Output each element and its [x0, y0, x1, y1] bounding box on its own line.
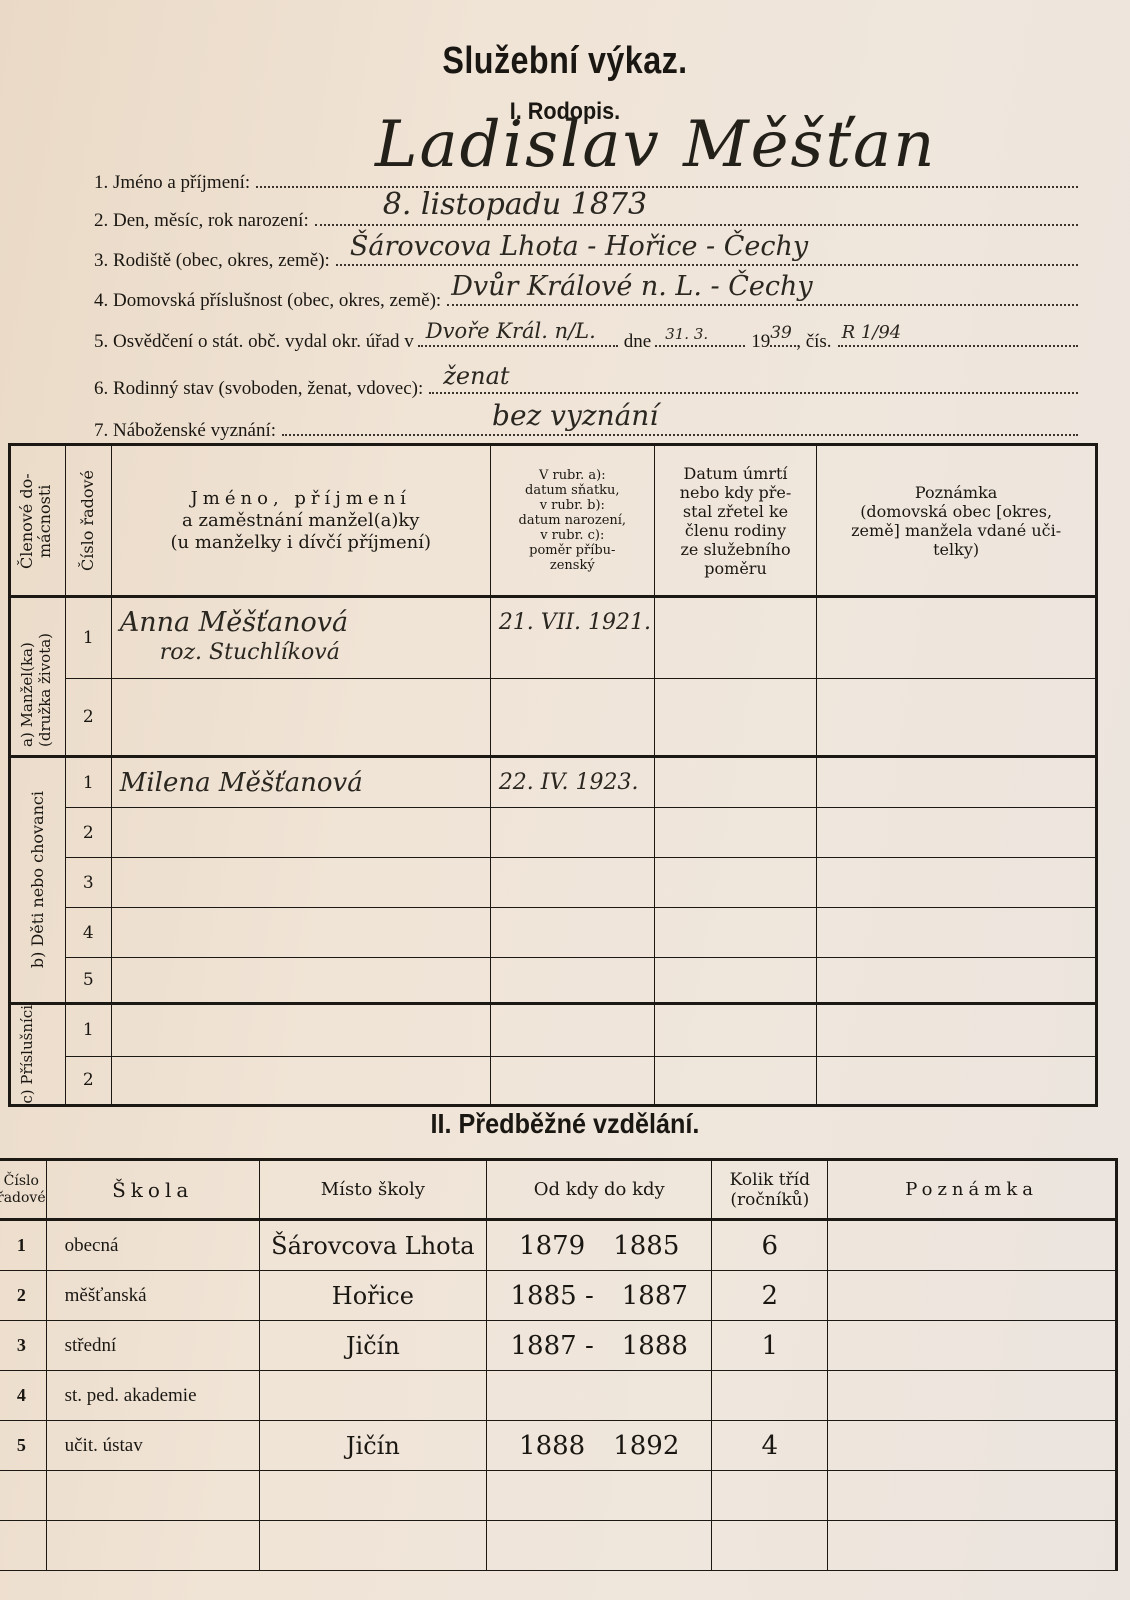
group-children-label: b) Děti nebo chovanci — [10, 757, 66, 1004]
field-label: 7. Náboženské vyznání: — [94, 420, 276, 442]
table-row: 3 — [10, 858, 1097, 908]
field-label: 5. Osvědčení o stát. obč. vydal okr. úřa… — [94, 331, 414, 353]
period-from: 1885 - — [511, 1281, 594, 1311]
row-number: 1 — [65, 1004, 111, 1057]
header-ordinal: Číslo řadové — [0, 1160, 46, 1220]
date-cell[interactable]: 21. VII. 1921. — [490, 597, 654, 679]
date-cell[interactable] — [490, 808, 654, 858]
period-to: 1887 — [622, 1281, 688, 1311]
number-label: , čís. — [796, 331, 831, 353]
religion-value: bez vyznání — [492, 399, 658, 432]
school-cell: střední — [46, 1321, 259, 1371]
table-row: 1obecnáŠárovcova Lhota187918856 — [0, 1220, 1117, 1271]
date-value: 31. 3. — [665, 325, 708, 343]
note-cell[interactable] — [817, 1004, 1097, 1057]
table-row: c) Příslušníci 1 — [10, 1004, 1097, 1057]
header-dates: V rubr. a): datum sňatku, v rubr. b): da… — [490, 445, 654, 597]
period-cell[interactable] — [486, 1521, 712, 1571]
education-table: Číslo řadové Škola Místo školy Od kdy do… — [0, 1158, 1118, 1571]
group-relatives-label: c) Příslušníci — [10, 1004, 66, 1106]
table-row: 3středníJičín1887 -18881 — [0, 1321, 1117, 1371]
field-label: 3. Rodiště (obec, okres, země): — [94, 250, 330, 272]
date-label: dne — [624, 331, 651, 353]
table-row: a) Manžel(ka) (družka života) 1 Anna Měš… — [10, 597, 1097, 679]
section-2-title: II. Předběžné vzdělání. — [57, 1108, 1074, 1140]
name-cell[interactable] — [111, 679, 490, 757]
document-title: Služební výkaz. — [85, 40, 1046, 83]
note-cell[interactable] — [817, 908, 1097, 958]
header-classes: Kolik tříd (ročníků) — [712, 1160, 828, 1220]
note-cell[interactable] — [817, 858, 1097, 908]
header-note: Poznámka — [828, 1160, 1117, 1220]
date-cell[interactable] — [490, 1056, 654, 1105]
row-number: 3 — [0, 1321, 46, 1371]
date-line[interactable]: 31. 3. — [655, 344, 745, 347]
classes-cell[interactable]: 1 — [712, 1321, 828, 1371]
row-number: 2 — [65, 1056, 111, 1105]
classes-cell[interactable] — [712, 1471, 828, 1521]
year-line[interactable]: 39 — [770, 344, 796, 347]
place-cell[interactable] — [259, 1521, 486, 1571]
school-cell: měšťanská — [46, 1271, 259, 1321]
period-to: 1885 — [613, 1231, 679, 1261]
name-cell[interactable]: Anna Měšťanová roz. Stuchlíková — [111, 597, 490, 679]
table-row: 2 — [10, 1056, 1097, 1105]
school-cell: učit. ústav — [46, 1421, 259, 1471]
classes-cell[interactable]: 6 — [712, 1220, 828, 1271]
date-cell[interactable] — [490, 958, 654, 1004]
death-cell[interactable] — [654, 757, 816, 808]
name-cell[interactable]: Milena Měšťanová — [111, 757, 490, 808]
period-cell[interactable]: 1887 -1888 — [486, 1321, 712, 1371]
date-cell[interactable] — [490, 908, 654, 958]
period-cell[interactable]: 18791885 — [486, 1220, 712, 1271]
field-line[interactable]: Dvůr Králové n. L. - Čechy — [447, 303, 1078, 306]
header-note: Poznámka (domovská obec [okres, země] ma… — [817, 445, 1097, 597]
number-value: R 1/94 — [842, 322, 902, 343]
classes-cell[interactable]: 2 — [712, 1271, 828, 1321]
row-number: 3 — [65, 858, 111, 908]
full-name-value: Ladislav Měšťan — [375, 108, 936, 182]
domicile-value: Dvůr Králové n. L. - Čechy — [451, 271, 812, 302]
name-cell[interactable] — [111, 808, 490, 858]
row-number: 4 — [65, 908, 111, 958]
period-cell[interactable]: 1885 -1887 — [486, 1271, 712, 1321]
row-number: 1 — [65, 597, 111, 679]
row-number: 2 — [65, 679, 111, 757]
name-cell[interactable] — [111, 908, 490, 958]
table-row: 5učit. ústavJičín188818924 — [0, 1421, 1117, 1471]
note-cell[interactable] — [817, 958, 1097, 1004]
place-cell[interactable]: Jičín — [259, 1321, 486, 1371]
birthdate-value: 8. listopadu 1873 — [383, 187, 647, 222]
period-cell[interactable] — [486, 1471, 712, 1521]
field-religion: 7. Náboženské vyznání: bez vyznání — [94, 420, 1078, 442]
table-row: 2 — [10, 808, 1097, 858]
field-marital-status: 6. Rodinný stav (svoboden, ženat, vdovec… — [94, 378, 1078, 400]
field-line[interactable]: ženat — [429, 391, 1078, 394]
field-label: 6. Rodinný stav (svoboden, ženat, vdovec… — [94, 378, 423, 400]
note-cell[interactable] — [828, 1271, 1117, 1321]
office-line[interactable]: Dvoře Král. n/L. — [418, 344, 618, 347]
year-value: 39 — [770, 323, 792, 343]
date-cell[interactable]: 22. IV. 1923. — [490, 757, 654, 808]
header-death: Datum úmrtí nebo kdy pře- stal zřetel ke… — [654, 445, 816, 597]
table-row: 4 — [10, 908, 1097, 958]
table-row — [0, 1471, 1117, 1521]
death-cell[interactable] — [654, 958, 816, 1004]
note-cell[interactable] — [828, 1321, 1117, 1371]
place-cell[interactable] — [259, 1371, 486, 1421]
group-spouse-label: a) Manžel(ka) (družka života) — [10, 597, 66, 757]
row-number: 1 — [65, 757, 111, 808]
name-cell[interactable] — [111, 1056, 490, 1105]
date-cell[interactable] — [490, 1004, 654, 1057]
death-cell[interactable] — [654, 908, 816, 958]
year-prefix: 19 — [751, 331, 770, 353]
field-line[interactable]: 8. listopadu 1873 — [315, 223, 1078, 226]
period-cell[interactable] — [486, 1371, 712, 1421]
field-line[interactable]: Šárovcova Lhota - Hořice - Čechy — [336, 263, 1078, 266]
household-members-table: Členové do-mácnosti Číslo řadové Jméno, … — [8, 443, 1098, 1107]
note-cell[interactable] — [828, 1421, 1117, 1471]
death-cell[interactable] — [654, 679, 816, 757]
field-domicile: 4. Domovská příslušnost (obec, okres, ze… — [94, 290, 1078, 312]
note-cell[interactable] — [828, 1371, 1117, 1421]
row-number: 2 — [0, 1271, 46, 1321]
classes-cell[interactable] — [712, 1521, 828, 1571]
death-cell[interactable] — [654, 858, 816, 908]
field-line[interactable] — [256, 185, 1078, 188]
header-period: Od kdy do kdy — [486, 1160, 712, 1220]
field-label: 2. Den, měsíc, rok narození: — [94, 210, 309, 232]
row-number — [0, 1521, 46, 1571]
field-birthdate: 2. Den, měsíc, rok narození: 8. listopad… — [94, 210, 1078, 232]
date-cell[interactable] — [490, 858, 654, 908]
period-to: 1888 — [622, 1331, 688, 1361]
school-cell — [46, 1471, 259, 1521]
name-cell[interactable] — [111, 858, 490, 908]
classes-cell[interactable] — [712, 1371, 828, 1421]
place-cell[interactable] — [259, 1471, 486, 1521]
name-cell[interactable] — [111, 1004, 490, 1057]
note-cell[interactable] — [817, 597, 1097, 679]
period-to: 1892 — [613, 1431, 679, 1461]
field-citizenship-certificate: 5. Osvědčení o stát. obč. vydal okr. úřa… — [94, 331, 1078, 353]
table-row: 5 — [10, 958, 1097, 1004]
period-from: 1888 — [519, 1431, 585, 1461]
place-cell[interactable]: Hořice — [259, 1271, 486, 1321]
table-row — [0, 1521, 1117, 1571]
place-cell[interactable]: Šárovcova Lhota — [259, 1220, 486, 1271]
death-cell[interactable] — [654, 1004, 816, 1057]
place-cell[interactable]: Jičín — [259, 1421, 486, 1471]
note-cell[interactable] — [817, 679, 1097, 757]
field-birthplace: 3. Rodiště (obec, okres, země): Šárovcov… — [94, 250, 1078, 272]
row-number: 2 — [65, 808, 111, 858]
row-number: 1 — [0, 1220, 46, 1271]
header-name: Jméno, příjmení a zaměstnání manžel(a)ky… — [111, 445, 490, 597]
header-ordinal: Číslo řadové — [65, 445, 111, 597]
header-place: Místo školy — [259, 1160, 486, 1220]
death-cell[interactable] — [654, 808, 816, 858]
table-row: b) Děti nebo chovanci 1 Milena Měšťanová… — [10, 757, 1097, 808]
row-number: 5 — [65, 958, 111, 1004]
header-school: Škola — [46, 1160, 259, 1220]
note-cell[interactable] — [828, 1220, 1117, 1271]
birthplace-value: Šárovcova Lhota - Hořice - Čechy — [350, 231, 808, 262]
school-cell: st. ped. akademie — [46, 1371, 259, 1421]
school-cell — [46, 1521, 259, 1571]
name-cell[interactable] — [111, 958, 490, 1004]
death-cell[interactable] — [654, 1056, 816, 1105]
note-cell[interactable] — [817, 757, 1097, 808]
marital-status-value: ženat — [443, 362, 509, 390]
note-cell[interactable] — [817, 808, 1097, 858]
table-header-row: Členové do-mácnosti Číslo řadové Jméno, … — [10, 445, 1097, 597]
number-line[interactable]: R 1/94 — [838, 344, 1078, 347]
row-number — [0, 1471, 46, 1521]
note-cell[interactable] — [817, 1056, 1097, 1105]
row-number: 5 — [0, 1421, 46, 1471]
period-from: 1887 - — [511, 1331, 594, 1361]
header-members: Členové do-mácnosti — [10, 445, 66, 597]
row-number: 4 — [0, 1371, 46, 1421]
field-label: 1. Jméno a příjmení: — [94, 172, 250, 194]
table-header-row: Číslo řadové Škola Místo školy Od kdy do… — [0, 1160, 1117, 1220]
death-cell[interactable] — [654, 597, 816, 679]
period-from: 1879 — [519, 1231, 585, 1261]
school-cell: obecná — [46, 1220, 259, 1271]
field-line[interactable]: bez vyznání — [282, 433, 1078, 436]
classes-cell[interactable]: 4 — [712, 1421, 828, 1471]
note-cell[interactable] — [828, 1521, 1117, 1571]
date-cell[interactable] — [490, 679, 654, 757]
note-cell[interactable] — [828, 1471, 1117, 1521]
office-value: Dvoře Král. n/L. — [426, 319, 596, 343]
table-row: 2 — [10, 679, 1097, 757]
table-row: 2měšťanskáHořice1885 -18872 — [0, 1271, 1117, 1321]
field-label: 4. Domovská příslušnost (obec, okres, ze… — [94, 290, 441, 312]
table-row: 4st. ped. akademie — [0, 1371, 1117, 1421]
period-cell[interactable]: 18881892 — [486, 1421, 712, 1471]
